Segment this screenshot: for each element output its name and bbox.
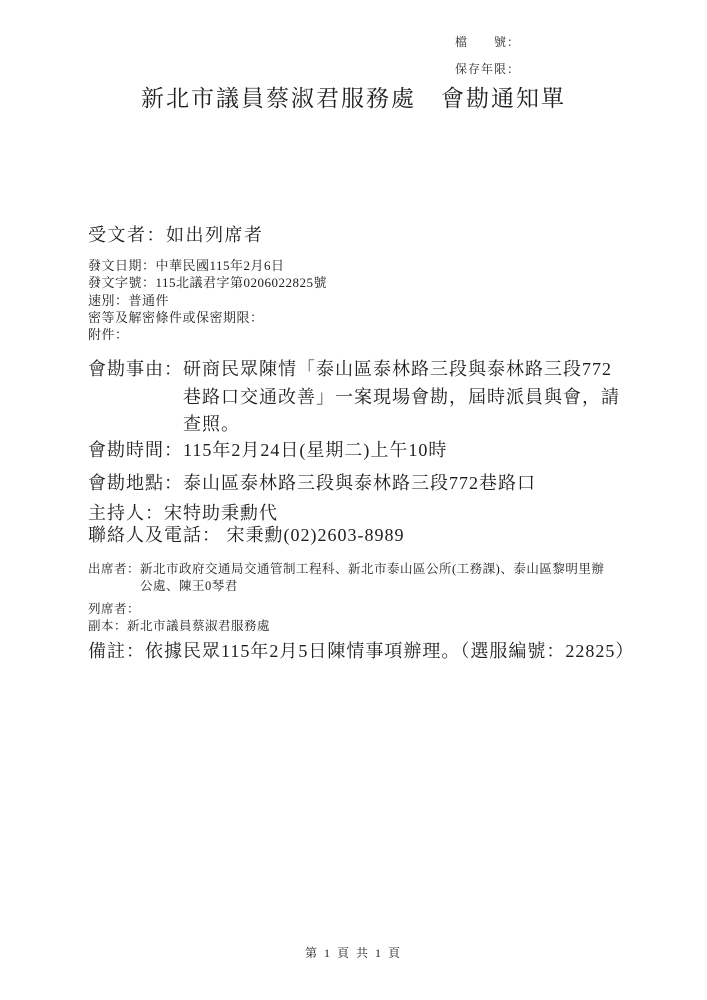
copy-to-line: 副本：新北市議員蔡淑君服務處 <box>88 616 270 634</box>
retention-period-label: 保存年限： <box>455 60 520 77</box>
file-number-label: 檔 號： <box>455 33 520 50</box>
attachment-line: 附件： <box>88 326 327 343</box>
issue-date-line: 發文日期：中華民國115年2月6日 <box>88 257 327 274</box>
survey-subject-text: 研商民眾陳情「泰山區泰林路三段與泰林路三段772巷路口交通改善」一案現場會勘，屆… <box>183 356 625 439</box>
document-meta-block: 發文日期：中華民國115年2月6日 發文字號：115北議君字第020602282… <box>88 257 327 343</box>
scanned-document-page: 檔 號： 保存年限： 新北市議員蔡淑君服務處 會勘通知單 受文者：如出列席者 發… <box>0 0 707 1000</box>
classification-line: 密等及解密條件或保密期限： <box>88 309 327 326</box>
survey-subject-label: 會勘事由： <box>88 356 183 384</box>
remarks-line: 備註：依據民眾115年2月5日陳情事項辦理。（選服編號：22825） <box>88 637 634 663</box>
attendees-label: 出席者： <box>88 561 140 578</box>
attendees-text: 新北市政府交通局交通管制工程科、新北市泰山區公所(工務課)、泰山區黎明里辦公處、… <box>140 561 610 595</box>
attendees-block: 出席者： 新北市政府交通局交通管制工程科、新北市泰山區公所(工務課)、泰山區黎明… <box>88 561 610 595</box>
priority-line: 速別：普通件 <box>88 292 327 309</box>
survey-time-line: 會勘時間：115年2月24日(星期二)上午10時 <box>88 436 447 462</box>
recipient-line: 受文者：如出列席者 <box>88 221 264 247</box>
contact-line: 聯絡人及電話： 宋秉勳(02)2603-8989 <box>88 521 404 547</box>
observers-line: 列席者： <box>88 599 140 617</box>
document-title: 新北市議員蔡淑君服務處 會勘通知單 <box>0 80 707 113</box>
survey-subject: 會勘事由： 研商民眾陳情「泰山區泰林路三段與泰林路三段772巷路口交通改善」一案… <box>88 356 625 439</box>
page-number: 第 1 頁 共 1 頁 <box>0 944 707 961</box>
doc-number-line: 發文字號：115北議君字第0206022825號 <box>88 274 327 291</box>
survey-location-line: 會勘地點：泰山區泰林路三段與泰林路三段772巷路口 <box>88 469 536 495</box>
